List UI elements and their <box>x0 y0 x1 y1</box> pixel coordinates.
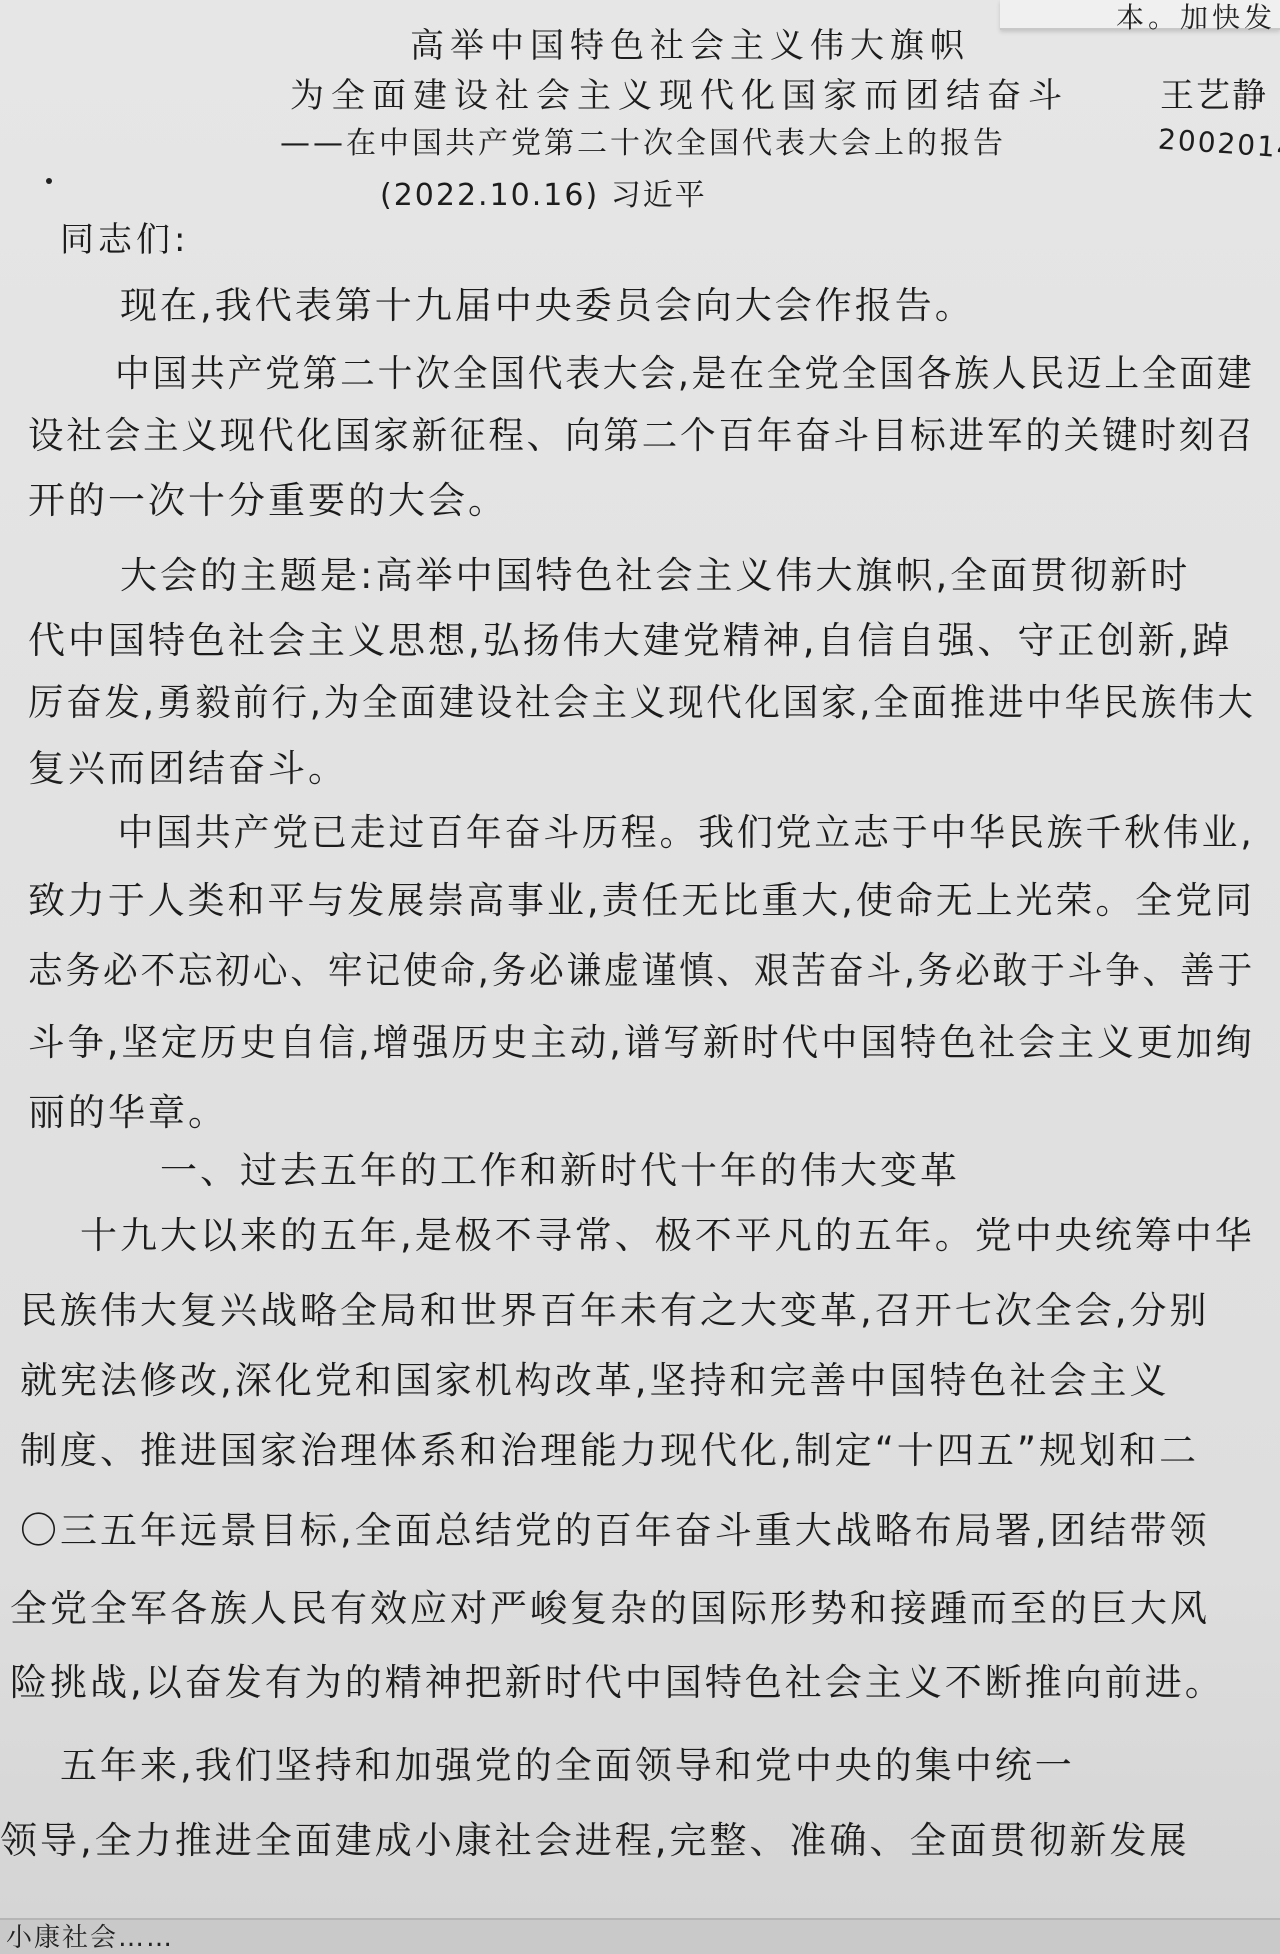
body-line: 代中国特色社会主义思想,弘扬伟大建党精神,自信自强、守正创新,踔 <box>28 610 1232 664</box>
top-right-fragment: 本。加快发 <box>1116 0 1276 36</box>
body-line: 十九大以来的五年,是极不寻常、极不平凡的五年。党中央统筹中华 <box>40 1205 1255 1259</box>
body-line: 厉奋发,勇毅前行,为全面建设社会主义现代化国家,全面推进中华民族伟大 <box>28 672 1256 726</box>
body-line: 现在,我代表第十九届中央委员会向大会作报告。 <box>40 275 975 329</box>
underlying-sheet: 本。加快发 <box>1000 0 1280 30</box>
body-line: 致力于人类和平与发展崇高事业,责任无比重大,使命无上光荣。全党同 <box>28 870 1255 924</box>
salutation: 同志们: <box>60 212 189 261</box>
section-heading: 一、过去五年的工作和新时代十年的伟大变革 <box>40 1140 960 1194</box>
body-line: 就宪法修改,深化党和国家机构改革,坚持和完善中国特色社会主义 <box>20 1350 1170 1404</box>
ink-dot <box>46 178 52 184</box>
body-line: 复兴而团结奋斗。 <box>28 738 348 792</box>
title-line-1: 高举中国特色社会主义伟大旗帜 <box>410 18 970 67</box>
body-line: 〇三五年远景目标,全面总结党的百年奋斗重大战略布局署,团结带领 <box>20 1500 1210 1554</box>
body-line: 领导,全力推进全面建成小康社会进程,完整、准确、全面贯彻新发展 <box>0 1810 1190 1864</box>
subtitle: ——在中国共产党第二十次全国代表大会上的报告 <box>280 118 1006 162</box>
writer-name: 王艺静 <box>1160 68 1268 117</box>
body-line: 大会的主题是:高举中国特色社会主义伟大旗帜,全面贯彻新时 <box>40 545 1190 599</box>
body-line: 险挑战,以奋发有为的精神把新时代中国特色社会主义不断推向前进。 <box>10 1652 1225 1706</box>
bottom-fragment: 小康社会…… <box>6 1917 174 1954</box>
body-line: 全党全军各族人民有效应对严峻复杂的国际形势和接踵而至的巨大风 <box>10 1578 1210 1632</box>
notebook-page: 本。加快发 高举中国特色社会主义伟大旗帜 为全面建设社会主义现代化国家而团结奋斗… <box>0 0 1280 1954</box>
student-id: 20020141 <box>1157 123 1280 167</box>
body-line: 中国共产党已走过百年奋斗历程。我们党立志于中华民族千秋伟业, <box>40 802 1255 856</box>
date-author: (2022.10.16) 习近平 <box>380 170 707 214</box>
body-line: 设社会主义现代化国家新征程、向第二个百年奋斗目标进军的关键时刻召 <box>28 405 1256 459</box>
next-page-edge: 小康社会…… <box>0 1918 1280 1954</box>
body-line: 斗争,坚定历史自信,增强历史主动,谱写新时代中国特色社会主义更加绚 <box>28 1012 1255 1066</box>
body-line: 丽的华章。 <box>28 1082 228 1136</box>
body-line: 开的一次十分重要的大会。 <box>28 470 508 524</box>
body-line: 民族伟大复兴战略全局和世界百年未有之大变革,召开七次全会,分别 <box>20 1280 1210 1334</box>
body-line: 五年来,我们坚持和加强党的全面领导和党中央的集中统一 <box>20 1735 1075 1789</box>
body-line: 制度、推进国家治理体系和治理能力现代化,制定“十四五”规划和二 <box>20 1420 1199 1474</box>
title-line-2: 为全面建设社会主义现代化国家而团结奋斗 <box>290 68 1069 117</box>
body-line: 志务必不忘初心、牢记使命,务必谦虚谨慎、艰苦奋斗,务必敢于斗争、善于 <box>28 940 1255 994</box>
body-line: 中国共产党第二十次全国代表大会,是在全党全国各族人民迈上全面建 <box>40 343 1254 397</box>
